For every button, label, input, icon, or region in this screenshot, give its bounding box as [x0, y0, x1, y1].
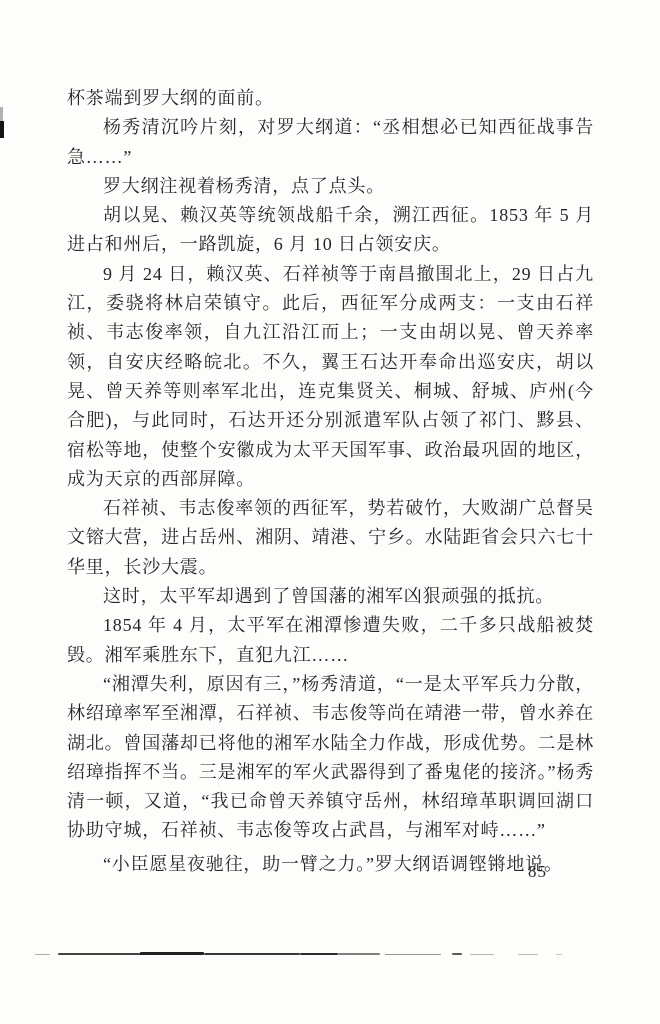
ink-smudge-light — [0, 107, 3, 121]
artifact-segment — [58, 953, 142, 955]
artifact-segment — [35, 954, 50, 955]
paragraph: 罗大纲注视着杨秀清，点了点头。 — [67, 172, 594, 201]
scan-artifact-line — [0, 952, 660, 957]
artifact-segment — [470, 954, 494, 955]
paragraph: “湘潭失利，原因有三，”杨秀清道，“一是太平军兵力分散，林绍璋率军至湘潭，石祥祯… — [67, 670, 594, 846]
paragraph: 胡以晃、赖汉英等统领战船千余，溯江西征。1853 年 5 月进占和州后，一路凯旋… — [67, 201, 594, 260]
artifact-segment — [338, 953, 380, 955]
paragraph: “小臣愿星夜驰往，助一臂之力。”罗大纲语调铿锵地说。 — [67, 850, 594, 879]
paragraph: 1854 年 4 月，太平军在湘潭惨遭失败，二千多只战船被焚毁。湘军乘胜东下，直… — [67, 611, 594, 670]
paragraph: 杯茶端到罗大纲的面前。 — [67, 84, 594, 113]
artifact-segment — [140, 952, 204, 955]
paragraph: 杨秀清沉吟片刻，对罗大纲道：“丞相想必已知西征战事告急……” — [67, 113, 594, 172]
artifact-segment — [300, 953, 338, 955]
page-text: 杯茶端到罗大纲的面前。 杨秀清沉吟片刻，对罗大纲道：“丞相想必已知西征战事告急…… — [67, 84, 594, 879]
artifact-segment — [556, 954, 562, 955]
book-page: 杯茶端到罗大纲的面前。 杨秀清沉吟片刻，对罗大纲道：“丞相想必已知西征战事告急…… — [0, 0, 660, 1024]
ink-smudge-dark — [0, 121, 4, 138]
paragraph: 石祥祯、韦志俊率领的西征军，势若破竹，大败湖广总督吴文镕大营，进占岳州、湘阴、靖… — [67, 494, 594, 582]
paragraph: 这时，太平军却遇到了曾国藩的湘军凶狠顽强的抵抗。 — [67, 582, 594, 611]
paragraph: 9 月 24 日，赖汉英、石祥祯等于南昌撤围北上，29 日占九江，委骁将林启荣镇… — [67, 260, 594, 494]
page-number: 85 — [528, 862, 547, 882]
artifact-segment — [518, 954, 538, 955]
artifact-segment — [452, 953, 462, 955]
artifact-segment — [204, 953, 300, 955]
artifact-segment — [385, 954, 441, 955]
